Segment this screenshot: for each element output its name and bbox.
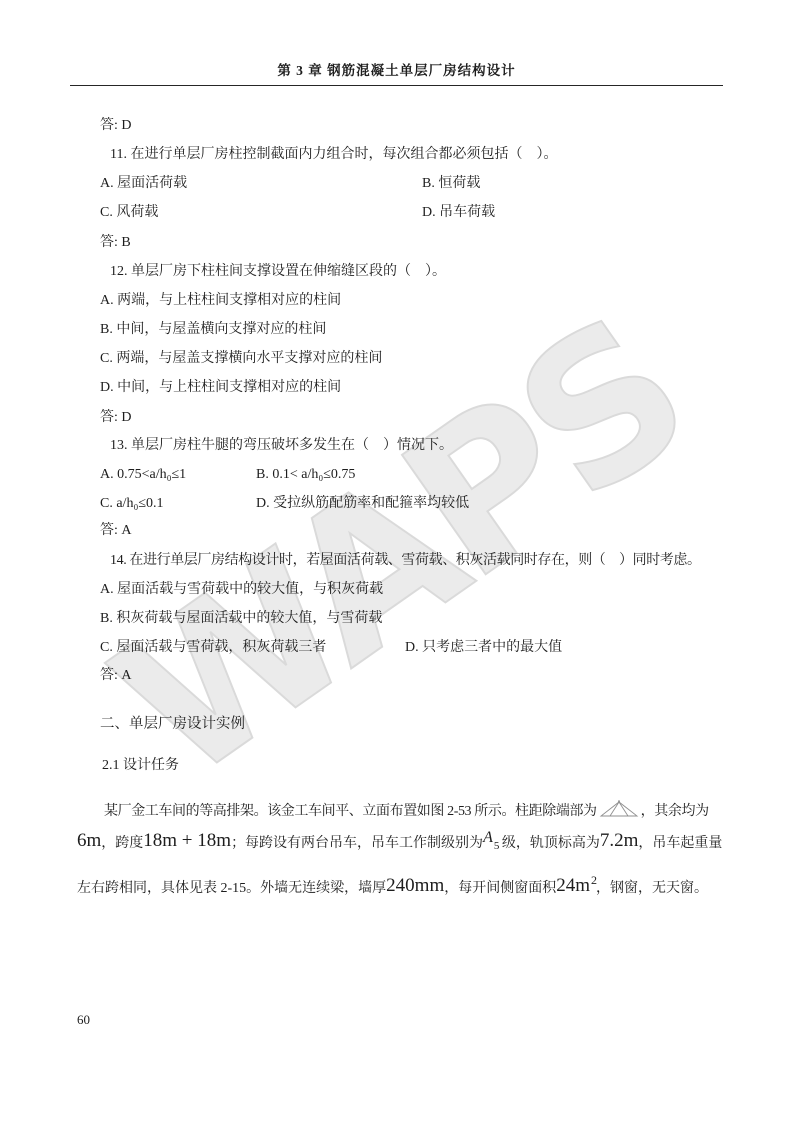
subsection-title: 2.1 设计任务 bbox=[102, 756, 179, 776]
truss-sketch-icon bbox=[599, 799, 639, 818]
chapter-title: 第 3 章 钢筋混凝土单层厂房结构设计 bbox=[0, 59, 793, 79]
answer-line-q14: 答: A bbox=[100, 666, 132, 686]
q11-option-b: B. 恒荷载 bbox=[422, 174, 480, 194]
question-12-stem: 12. 单层厂房下柱柱间支撑设置在伸缩缝区段的（ ）。 bbox=[110, 262, 446, 282]
question-14-options-cd: C. 屋面活载与雪荷载，积灰荷载三者 D. 只考虑三者中的最大值 bbox=[100, 638, 562, 658]
document-page: 第 3 章 钢筋混凝土单层厂房结构设计 WAPS 答: D 11. 在进行单层厂… bbox=[0, 0, 793, 1122]
q13-option-c: C. a/h₀≤0.1 bbox=[100, 494, 256, 514]
value-wall-thickness: 240mm bbox=[386, 875, 444, 896]
value-duty-class: A5 bbox=[483, 829, 498, 846]
q12-option-d: D. 中间，与上柱柱间支撑相对应的柱间 bbox=[100, 378, 341, 398]
para-l1-text-b: ，其余均为 bbox=[641, 804, 709, 819]
answer-line-q11: 答: B bbox=[100, 233, 131, 253]
q11-option-c: C. 风荷载 bbox=[100, 203, 422, 223]
question-11-options-ab: A. 屋面活荷载 B. 恒荷载 bbox=[100, 174, 480, 194]
page-number: 60 bbox=[77, 1010, 90, 1030]
q12-option-b: B. 中间，与屋盖横向支撑对应的柱间 bbox=[100, 320, 326, 340]
question-11-options-cd: C. 风荷载 D. 吊车荷载 bbox=[100, 203, 495, 223]
paragraph-line-3: 左右跨相同，具体见表 2-15。外墙无连续梁，墙厚240mm，每开间侧窗面积24… bbox=[77, 876, 708, 899]
question-13-options-cd: C. a/h₀≤0.1 D. 受拉纵筋配筋率和配箍率均较低 bbox=[100, 494, 469, 514]
q14-option-c: C. 屋面活载与雪荷载，积灰荷载三者 bbox=[100, 638, 405, 658]
para-l2-text-b: ；每跨设有两台吊车，吊车工作制级别为 bbox=[231, 836, 483, 851]
window-area-sup: 2 bbox=[591, 873, 597, 887]
value-rail-top: 7.2m bbox=[600, 830, 639, 851]
section-title: 二、单层厂房设计实例 bbox=[100, 714, 245, 734]
header-rule bbox=[70, 85, 723, 86]
paragraph-line-1: 某厂金工车间的等高排架。该金工车间平、立面布置如图 2-53 所示。柱距除端部为… bbox=[104, 799, 709, 822]
q11-option-a: A. 屋面活荷载 bbox=[100, 174, 422, 194]
question-14-stem: 14. 在进行单层厂房结构设计时，若屋面活荷载、雪荷载、积灰活载同时存在，则（ … bbox=[110, 551, 701, 571]
para-l3-text-a: 左右跨相同，具体见表 2-15。外墙无连续梁，墙厚 bbox=[77, 881, 386, 896]
para-l2-text-d: ，吊车起重量 bbox=[638, 836, 722, 851]
answer-line-q13: 答: A bbox=[100, 521, 132, 541]
q13-option-a: A. 0.75<a/h₀≤1 bbox=[100, 465, 256, 485]
q13-option-b: B. 0.1< a/h₀≤0.75 bbox=[256, 465, 355, 485]
duty-class-sub: 5 bbox=[494, 840, 500, 852]
para-l3-text-c: ，钢窗，无天窗。 bbox=[596, 881, 708, 896]
question-11-stem: 11. 在进行单层厂房柱控制截面内力组合时，每次组合都必须包括（ ）。 bbox=[110, 145, 557, 165]
para-l3-text-b: ，每开间侧窗面积 bbox=[444, 881, 556, 896]
q11-option-d: D. 吊车荷载 bbox=[422, 203, 495, 223]
para-l1-text-a: 某厂金工车间的等高排架。该金工车间平、立面布置如图 2-53 所示。柱距除端部为 bbox=[104, 804, 597, 819]
question-13-stem: 13. 单层厂房柱牛腿的弯压破坏多发生在（ ）情况下。 bbox=[110, 436, 453, 456]
duty-class-base: A bbox=[483, 829, 493, 846]
q13-option-d: D. 受拉纵筋配筋率和配箍率均较低 bbox=[256, 494, 469, 514]
answer-line-q12: 答: D bbox=[100, 408, 132, 428]
q12-option-c: C. 两端，与屋盖支撑横向水平支撑对应的柱间 bbox=[100, 349, 382, 369]
value-span: 18m + 18m bbox=[143, 830, 231, 851]
value-window-area: 24m2 bbox=[556, 875, 596, 896]
q12-option-a: A. 两端，与上柱柱间支撑相对应的柱间 bbox=[100, 291, 341, 311]
window-area-base: 24m bbox=[556, 875, 590, 896]
question-13-options-ab: A. 0.75<a/h₀≤1 B. 0.1< a/h₀≤0.75 bbox=[100, 465, 355, 485]
q14-option-a: A. 屋面活载与雪荷载中的较大值，与积灰荷载 bbox=[100, 580, 383, 600]
value-6m: 6m bbox=[77, 830, 101, 851]
q14-option-b: B. 积灰荷载与屋面活载中的较大值，与雪荷载 bbox=[100, 609, 382, 629]
paragraph-line-2: 6m，跨度18m + 18m；每跨设有两台吊车，吊车工作制级别为A5 级，轨顶标… bbox=[77, 831, 722, 854]
para-l2-text-c: 级，轨顶标高为 bbox=[502, 836, 600, 851]
q14-option-d: D. 只考虑三者中的最大值 bbox=[405, 638, 562, 658]
para-l2-text-a: ，跨度 bbox=[101, 836, 143, 851]
answer-line-q10: 答: D bbox=[100, 116, 132, 136]
